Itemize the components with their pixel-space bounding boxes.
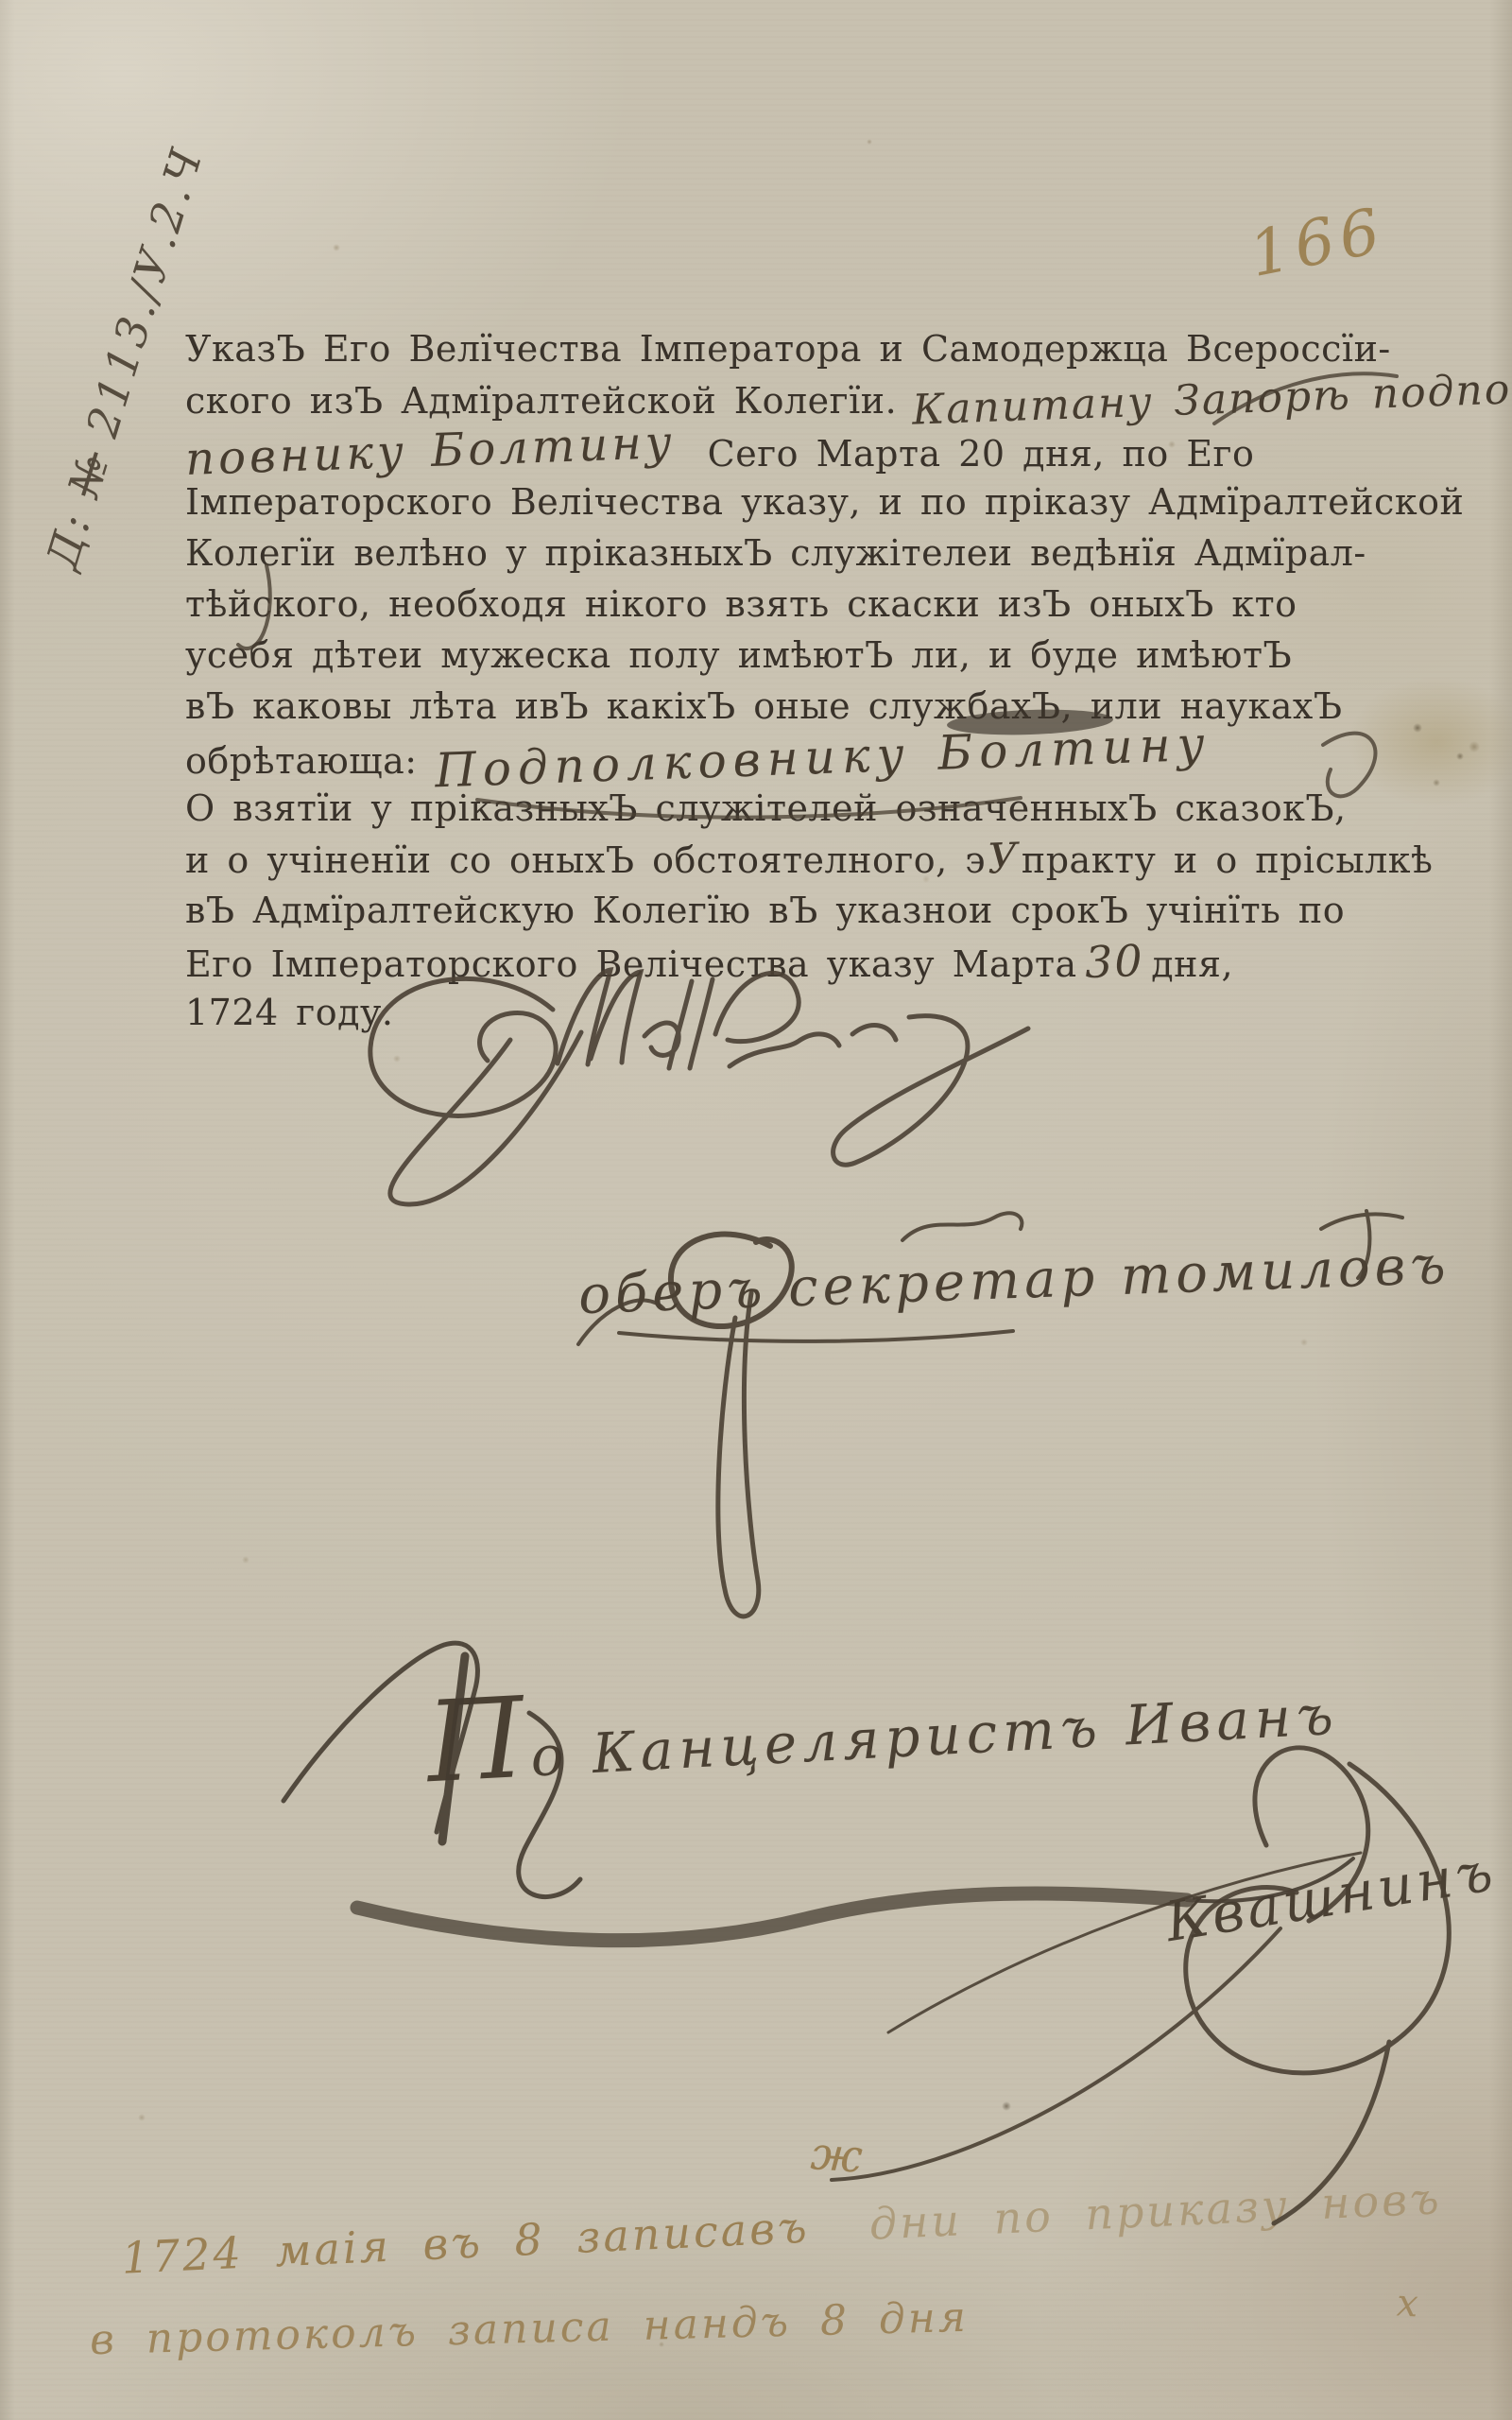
decree-line-6: тѣйского, необходя нікого взять скаски и… <box>185 579 1244 630</box>
corner-check-mark: х <box>1396 2281 1419 2325</box>
decree-text-block: УказЪ Его Велїчества Імператора и Самоде… <box>185 323 1244 1038</box>
printed-text: Імператорского Велічества указу, и по пр… <box>185 481 1464 523</box>
printed-text: дня, <box>1151 943 1233 985</box>
decree-line-14: 1724 году. <box>185 987 1244 1038</box>
registry-note-line2: в протоколъ записа нандъ 8 дня <box>89 2293 969 2364</box>
kvashnin-flourishes <box>832 1748 1449 2223</box>
archival-struck-numero: № <box>58 444 120 502</box>
decree-line-5: Колегїи велѣно у пріказныхЪ служітелеи в… <box>185 527 1244 579</box>
clerk-surname-signature: Квашнинъ <box>1161 1839 1501 1954</box>
decree-line-10: О взятїи у пріказныхЪ служітелей означен… <box>185 783 1244 834</box>
printed-text: и о учіненїи со оныхЪ обстоятелного, э <box>185 839 986 881</box>
printed-text: обрѣтающа: <box>185 740 418 782</box>
printed-text: вЪ Адмїралтейскую Колегїю вЪ указнои сро… <box>185 890 1345 931</box>
printed-text: практу и о прісылкѣ <box>1022 839 1434 881</box>
decree-line-2: ского изЪ Адмїралтейской Колегїи.Капитан… <box>185 374 1244 425</box>
printed-text: усебя дѣтеи мужеска полу имѣютЪ ли, и бу… <box>185 634 1292 676</box>
handwritten-date-30: 30 <box>1084 935 1144 988</box>
printed-text: Сего Марта 20 дня, по Его <box>708 433 1255 475</box>
handwritten-insert-boltin: повнику Болтину <box>184 417 676 485</box>
printed-text: тѣйского, необходя нікого взять скаски и… <box>185 583 1297 625</box>
registry-mark: ж <box>809 2127 864 2184</box>
printed-text: ского изЪ Адмїралтейской Колегїи. <box>185 380 897 422</box>
chancellery-clerk-line: По Канцеляристъ Иванъ <box>426 1676 1341 1794</box>
kvashnin-left-sweep <box>832 1928 1280 2180</box>
printed-text: 1724 году. <box>185 992 393 1033</box>
printed-text: Его Імператорского Велічества указу Март… <box>185 943 1077 985</box>
manuscript-page: 166 Д: № 2113./У.2.Ч УказЪ Его Велїчеств… <box>0 0 1512 2420</box>
registry-note-line1-left: 1724 маія въ 8 записавъ <box>120 2202 810 2284</box>
decree-line-13: Его Імператорского Велічества указу Март… <box>185 936 1244 987</box>
ober-secretary-signature-line: оберъ секретар томиловъ <box>577 1235 1451 1326</box>
printed-text: УказЪ Его Велїчества Імператора и Самоде… <box>185 328 1391 370</box>
folio-number: 166 <box>1244 194 1391 291</box>
printed-text: Колегїи велѣно у пріказныхЪ служітелеи в… <box>185 532 1366 574</box>
rosseleg-underloop <box>390 1032 581 1204</box>
decree-line-4: Імператорского Велічества указу, и по пр… <box>185 476 1244 527</box>
tomilov-descender-loop <box>718 1293 759 1616</box>
handwritten-correction: У <box>987 833 1021 885</box>
decree-line-1: УказЪ Его Велїчества Імператора и Самоде… <box>185 323 1244 374</box>
printed-text: О взятїи у пріказныхЪ служітелей означен… <box>185 787 1347 829</box>
decree-line-11: и о учіненїи со оныхЪ обстоятелного, эУп… <box>185 834 1244 885</box>
decree-line-9: обрѣтающа:Подполковнику Болтину <box>185 732 1244 783</box>
registry-note-line1-right: дни по приказу новъ <box>868 2172 1443 2249</box>
chancellery-thick-wave <box>357 1893 1187 1941</box>
handwritten-insert-rank: Капитану Запорѣ подпол <box>911 363 1512 436</box>
decree-line-12: вЪ Адмїралтейскую Колегїю вЪ указнои сро… <box>185 885 1244 936</box>
archival-prefix: Д: <box>36 505 101 575</box>
registry-note-line1: 1724 маія въ 8 записавъ дни по приказу н… <box>120 2172 1442 2283</box>
decree-line-3: повнику БолтинуСего Марта 20 дня, по Его <box>185 425 1244 476</box>
tomilov-underline <box>619 1331 1013 1341</box>
rosseleg-gtail <box>833 1016 1028 1166</box>
tomilov-mid-squiggle <box>902 1213 1022 1240</box>
decree-line-7: усебя дѣтеи мужеска полу имѣютЪ ли, и бу… <box>185 630 1244 681</box>
